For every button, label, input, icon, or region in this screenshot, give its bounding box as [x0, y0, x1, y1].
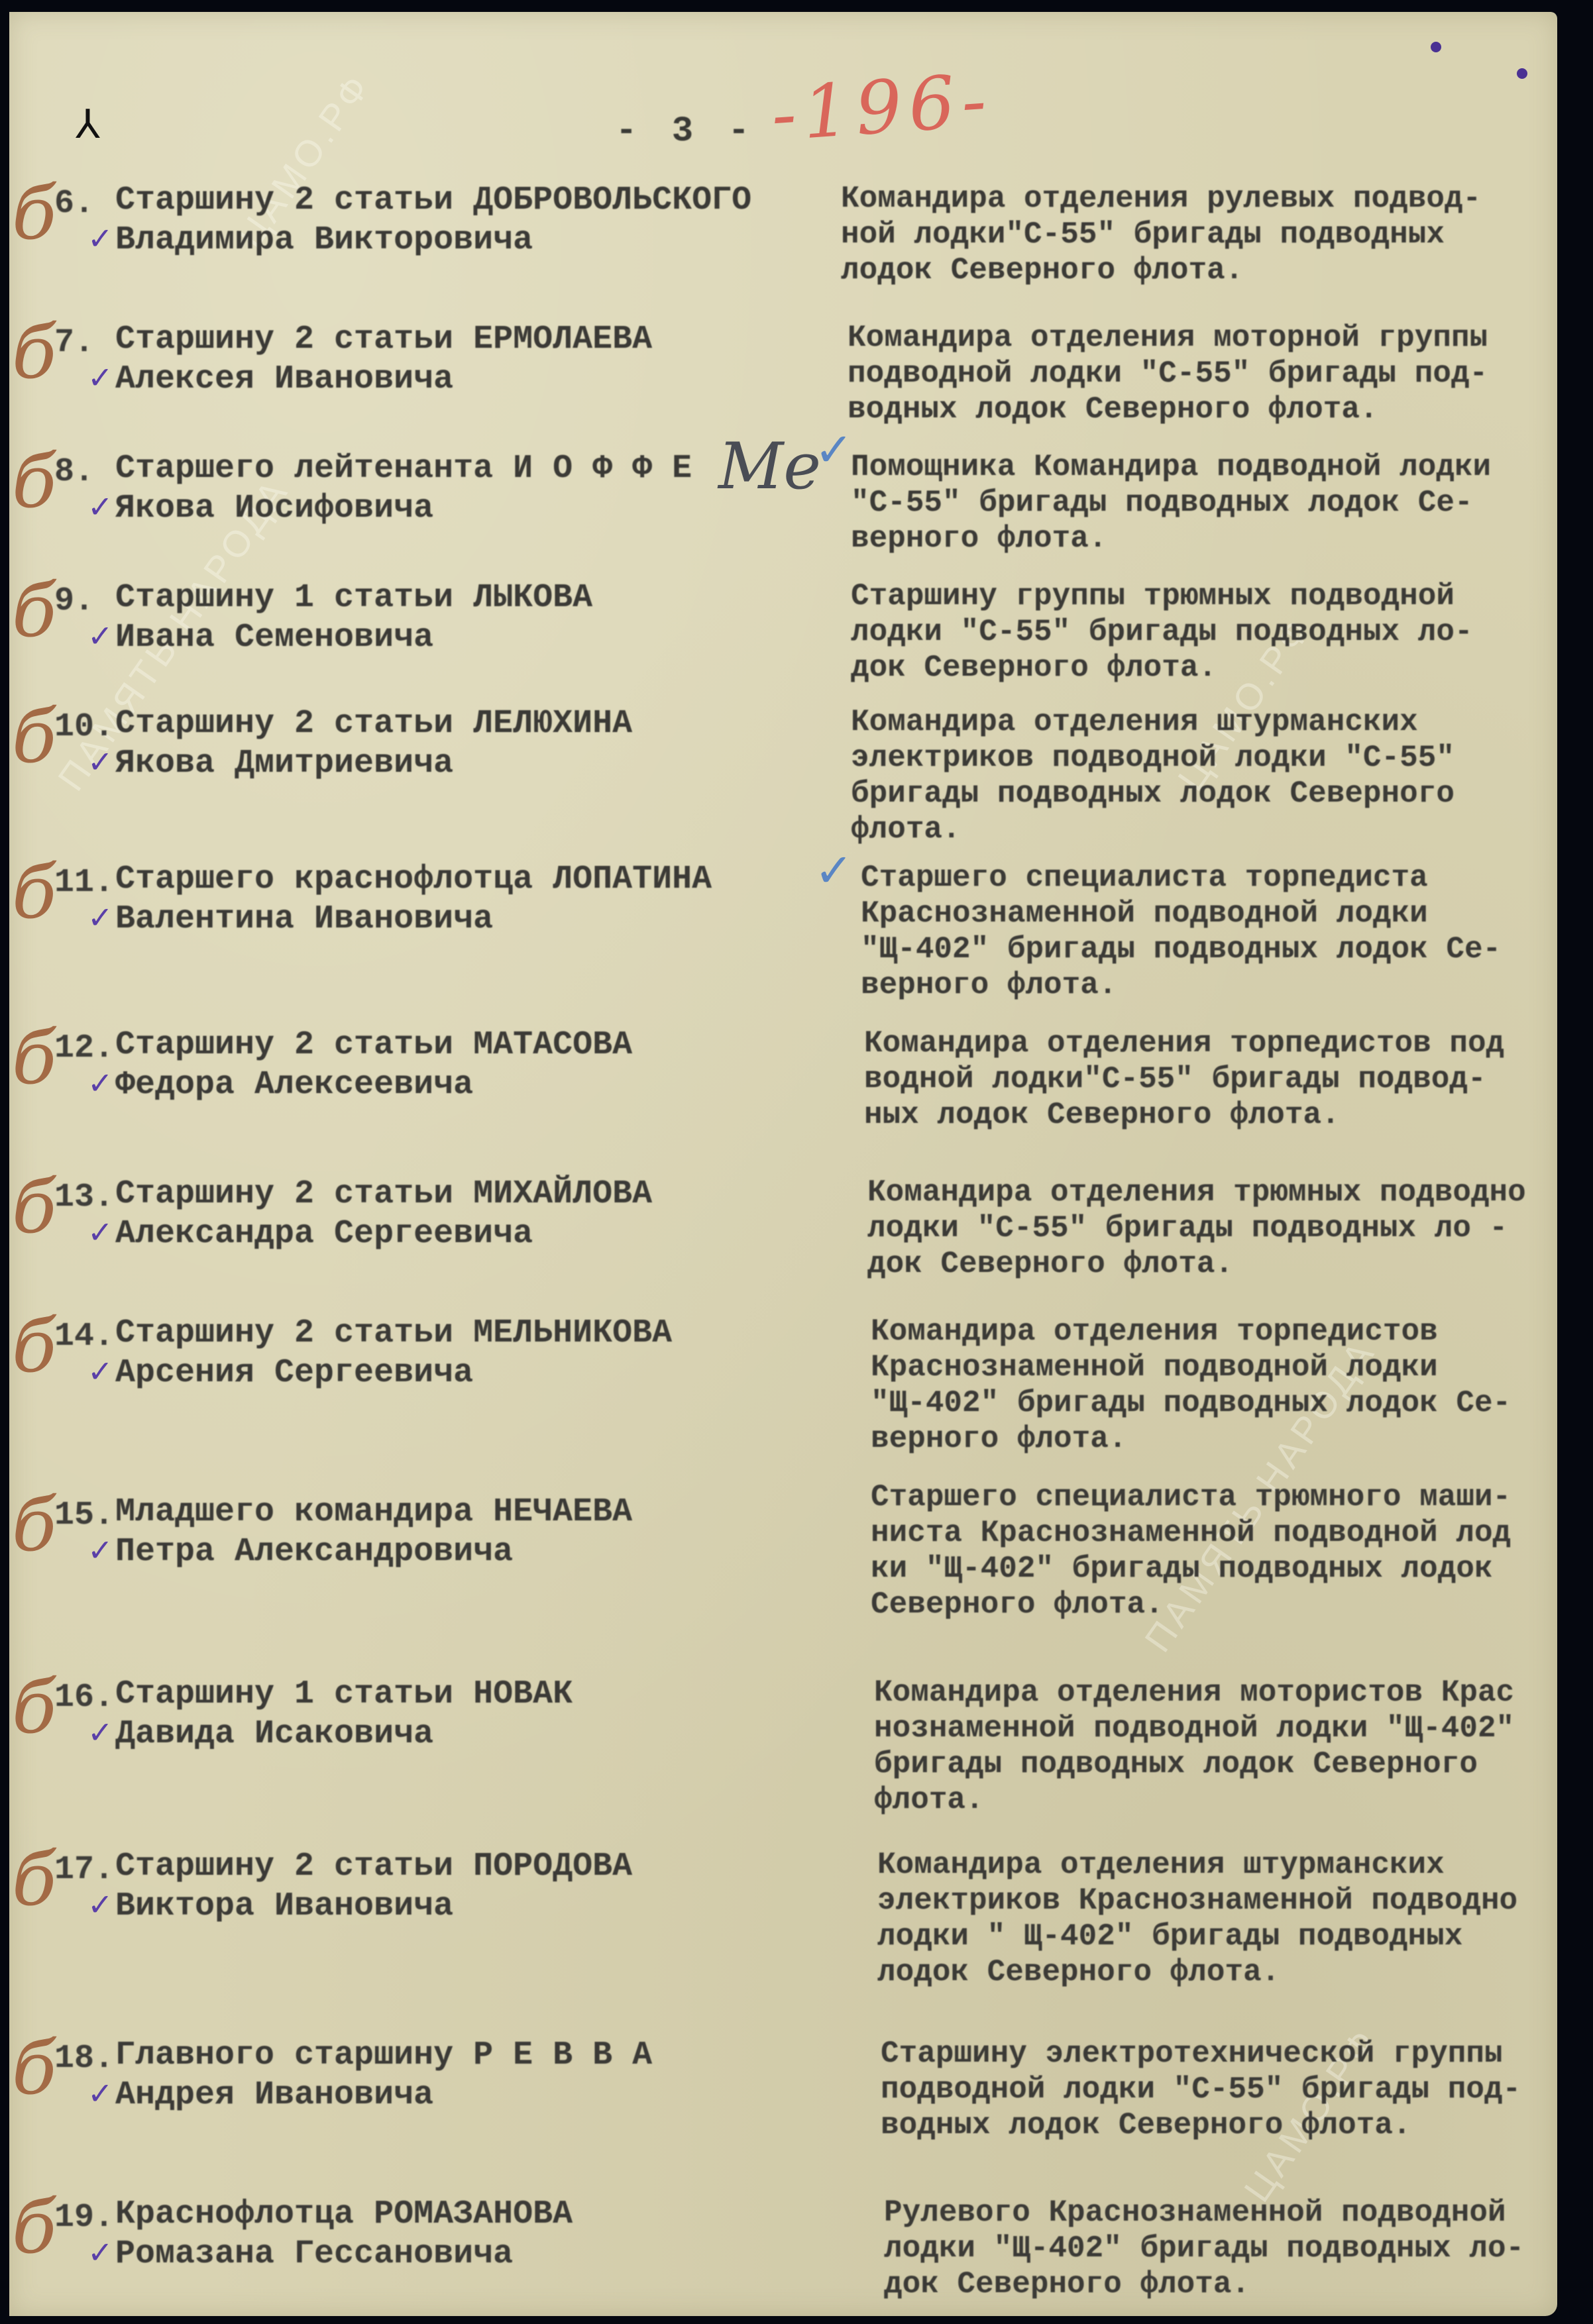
document-page: ЦАМО.РФ ПАМЯТЬ НАРОДА ЦАМО.РФ ПАМЯТЬ НАР… — [9, 12, 1557, 2316]
rank-surname: Краснофлотца РОМАЗАНОВА — [115, 2195, 804, 2235]
margin-mark: б — [12, 1171, 56, 1243]
check-icon: ✓ — [87, 618, 113, 654]
given-patronymic: Алексея Ивановича — [115, 360, 804, 399]
entry-number: 11. — [54, 864, 114, 902]
entry-number: 7. — [54, 324, 94, 362]
entry-name: Краснофлотца РОМАЗАНОВА Ромазана Гессано… — [115, 2195, 804, 2274]
given-patronymic: Ромазана Гессановича — [115, 2235, 804, 2274]
entry-number: 17. — [54, 1851, 114, 1889]
given-patronymic: Якова Иосифовича — [115, 489, 804, 529]
margin-mark: б — [12, 574, 56, 647]
entry-name: Старшину 2 статьи ПОРОДОВА Виктора Ивано… — [115, 1847, 804, 1927]
rank-surname: Старшину 2 статьи ЕРМОЛАЕВА — [115, 320, 804, 360]
margin-mark: б — [12, 1489, 56, 1561]
entry-role: Командира отделения торпедистов под водн… — [864, 1026, 1580, 1133]
margin-mark: б — [12, 316, 56, 389]
given-patronymic: Александра Сергеевича — [115, 1214, 804, 1254]
entry-number: 10. — [54, 708, 114, 746]
entry-role: Старшину электротехнической группы подво… — [881, 2036, 1593, 2143]
entry-number: 16. — [54, 1679, 114, 1717]
rank-surname: Младшего командира НЕЧАЕВА — [115, 1493, 804, 1532]
rank-surname: Старшину 2 статьи МИХАЙЛОВА — [115, 1175, 804, 1214]
entry-role: Помощника Командира подводной лодки "С-5… — [851, 449, 1566, 556]
rank-surname: Старшину 2 статьи МЕЛЬНИКОВА — [115, 1314, 804, 1353]
entry-number: 18. — [54, 2040, 114, 2078]
check-icon: ✓ — [87, 1715, 113, 1750]
rank-surname: Старшину 1 статьи НОВАК — [115, 1675, 804, 1715]
entry-name: Старшину 2 статьи ЕРМОЛАЕВА Алексея Иван… — [115, 320, 804, 399]
entry-name: Старшего краснофлотца ЛОПАТИНА Валентина… — [115, 860, 804, 939]
blue-pencil-tick-icon: ✓ — [814, 423, 853, 477]
rank-surname: Старшину 1 статьи ЛЫКОВА — [115, 578, 804, 618]
entry-number: 14. — [54, 1318, 114, 1355]
margin-mark: б — [12, 1671, 56, 1744]
given-patronymic: Якова Дмитриевича — [115, 744, 804, 784]
archive-sheet-number: -196- — [769, 57, 995, 157]
entry-name: Старшину 1 статьи ЛЫКОВА Ивана Семенович… — [115, 578, 804, 658]
entry-number: 19. — [54, 2199, 114, 2237]
entry-role: Рулевого Краснознаменной подводной лодки… — [884, 2195, 1593, 2302]
given-patronymic: Давида Исаковича — [115, 1715, 804, 1754]
entry-name: Старшину 2 статьи ДОБРОВОЛЬСКОГО Владими… — [115, 181, 804, 260]
blue-pencil-tick-icon: ✓ — [814, 843, 853, 898]
check-icon: ✓ — [87, 2076, 113, 2111]
margin-mark: б — [12, 2032, 56, 2105]
check-icon: ✓ — [87, 360, 113, 396]
margin-mark: б — [12, 1310, 56, 1383]
given-patronymic: Петра Александровича — [115, 1532, 804, 1572]
rank-surname: Старшину 2 статьи ЛЕЛЮХИНА — [115, 704, 804, 744]
ink-blot — [1431, 42, 1441, 52]
entry-name: Старшину 1 статьи НОВАК Давида Исаковича — [115, 1675, 804, 1754]
check-icon: ✓ — [87, 221, 113, 256]
given-patronymic: Андрея Ивановича — [115, 2076, 804, 2115]
entry-role: Командира отделения штурманских электрик… — [877, 1847, 1593, 1990]
given-patronymic: Валентина Ивановича — [115, 900, 804, 939]
entry-role: Командира отделения рулевых подвод- ной … — [841, 181, 1557, 288]
punch-hole-tear: ⅄ — [76, 105, 102, 144]
rank-surname: Старшину 2 статьи ДОБРОВОЛЬСКОГО — [115, 181, 804, 221]
given-patronymic: Арсения Сергеевича — [115, 1353, 804, 1393]
entry-name: Старшего лейтенанта И О Ф Ф Е Якова Иоси… — [115, 449, 804, 529]
given-patronymic: Ивана Семеновича — [115, 618, 804, 658]
entry-name: Старшину 2 статьи ЛЕЛЮХИНА Якова Дмитрие… — [115, 704, 804, 784]
rank-surname: Старшего лейтенанта И О Ф Ф Е — [115, 449, 804, 489]
entry-number: 12. — [54, 1030, 114, 1067]
rank-surname: Главного старшину Р Е В В А — [115, 2036, 804, 2076]
margin-mark: б — [12, 2191, 56, 2264]
check-icon: ✓ — [87, 1887, 113, 1923]
entry-name: Главного старшину Р Е В В А Андрея Ивано… — [115, 2036, 804, 2115]
entry-name: Старшину 2 статьи МИХАЙЛОВА Александра С… — [115, 1175, 804, 1254]
margin-mark: б — [12, 700, 56, 773]
rank-surname: Старшину 2 статьи ПОРОДОВА — [115, 1847, 804, 1887]
entry-role: Командира отделения торпедистов Краснозн… — [871, 1314, 1586, 1457]
entry-name: Младшего командира НЕЧАЕВА Петра Алексан… — [115, 1493, 804, 1572]
entry-role: Старшину группы трюмных подводной лодки … — [851, 578, 1566, 686]
margin-mark: б — [12, 856, 56, 929]
entry-role: Командира отделения моторной группы подв… — [848, 320, 1563, 427]
ink-blot — [1517, 68, 1527, 79]
entry-number: 6. — [54, 185, 94, 223]
entry-number: 13. — [54, 1179, 114, 1216]
entry-role: Старшего специалиста трюмного маши- нист… — [871, 1479, 1586, 1622]
entry-role: Командира отделения мотористов Крас нозн… — [874, 1675, 1590, 1818]
given-patronymic: Виктора Ивановича — [115, 1887, 804, 1927]
entry-number: 15. — [54, 1497, 114, 1534]
rank-surname: Старшину 2 статьи МАТАСОВА — [115, 1026, 804, 1065]
given-patronymic: Владимира Викторовича — [115, 221, 804, 260]
margin-mark: б — [12, 1843, 56, 1916]
check-icon: ✓ — [87, 900, 113, 935]
check-icon: ✓ — [87, 1353, 113, 1389]
margin-mark: б — [12, 1022, 56, 1094]
check-icon: ✓ — [87, 744, 113, 780]
check-icon: ✓ — [87, 2235, 113, 2270]
check-icon: ✓ — [87, 1065, 113, 1101]
entry-role: Командира отделения трюмных подводно лод… — [867, 1175, 1583, 1282]
entry-role: Старшего специалиста торпедиста Краснозн… — [861, 860, 1576, 1003]
entry-name: Старшину 2 статьи МАТАСОВА Федора Алексе… — [115, 1026, 804, 1105]
page-number: - 3 - — [616, 111, 756, 152]
entry-role: Командира отделения штурманских электрик… — [851, 704, 1566, 847]
given-patronymic: Федора Алексеевича — [115, 1065, 804, 1105]
handwritten-signature: Ме — [718, 429, 821, 503]
check-icon: ✓ — [87, 489, 113, 525]
entry-name: Старшину 2 статьи МЕЛЬНИКОВА Арсения Сер… — [115, 1314, 804, 1393]
entry-number: 9. — [54, 582, 94, 620]
margin-mark: б — [12, 177, 56, 250]
rank-surname: Старшего краснофлотца ЛОПАТИНА — [115, 860, 804, 900]
check-icon: ✓ — [87, 1214, 113, 1250]
check-icon: ✓ — [87, 1532, 113, 1568]
margin-mark: б — [12, 445, 56, 518]
entry-number: 8. — [54, 453, 94, 491]
